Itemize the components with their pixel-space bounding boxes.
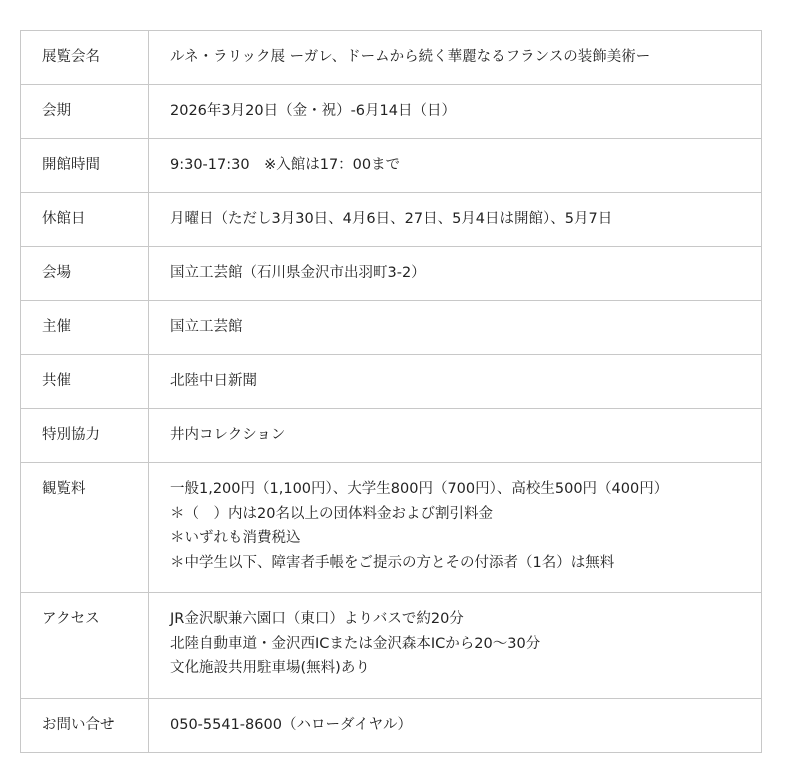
row-value: 国立工芸館: [149, 301, 762, 355]
row-opening-hours: 開館時間 9:30-17:30 ※入館は17：00まで: [21, 139, 762, 193]
row-period: 会期 2026年3月20日（金・祝）-6月14日（日）: [21, 85, 762, 139]
row-value: 北陸中日新聞: [149, 355, 762, 409]
value-line: 9:30-17:30 ※入館は17：00まで: [170, 153, 761, 178]
value-line: ＊（ ）内は20名以上の団体料金および割引料金: [170, 502, 761, 527]
row-value: 9:30-17:30 ※入館は17：00まで: [149, 139, 762, 193]
value-line: 井内コレクション: [170, 423, 761, 448]
value-line: 一般1,200円（1,100円）、大学生800円（700円）、高校生500円（4…: [170, 477, 761, 502]
row-exhibition-title: 展覧会名 ルネ・ラリック展 ーガレ、ドームから続く華麗なるフランスの装飾美術ー: [21, 31, 762, 85]
row-label: 開館時間: [21, 139, 149, 193]
value-line: ＊いずれも消費税込: [170, 526, 761, 551]
row-admission: 観覧料 一般1,200円（1,100円）、大学生800円（700円）、高校生50…: [21, 463, 762, 593]
row-access: アクセス JR金沢駅兼六園口（東口）よりバスで約20分 北陸自動車道・金沢西IC…: [21, 593, 762, 699]
value-line: 国立工芸館（石川県金沢市出羽町3-2）: [170, 261, 761, 286]
value-line: JR金沢駅兼六園口（東口）よりバスで約20分: [170, 607, 761, 632]
row-label: 共催: [21, 355, 149, 409]
row-label: 観覧料: [21, 463, 149, 593]
row-contact: お問い合せ 050-5541-8600（ハローダイヤル）: [21, 698, 762, 752]
row-value: 2026年3月20日（金・祝）-6月14日（日）: [149, 85, 762, 139]
value-line: 国立工芸館: [170, 315, 761, 340]
value-line: 文化施設共用駐車場(無料)あり: [170, 656, 761, 681]
row-value: 050-5541-8600（ハローダイヤル）: [149, 698, 762, 752]
value-line: 北陸自動車道・金沢西ICまたは金沢森本ICから20～30分: [170, 632, 761, 657]
value-line: 050-5541-8600（ハローダイヤル）: [170, 713, 761, 738]
row-value: ルネ・ラリック展 ーガレ、ドームから続く華麗なるフランスの装飾美術ー: [149, 31, 762, 85]
row-closed-days: 休館日 月曜日（ただし3月30日、4月6日、27日、5月4日は開館）、5月7日: [21, 193, 762, 247]
value-line: 2026年3月20日（金・祝）-6月14日（日）: [170, 99, 761, 124]
row-label: アクセス: [21, 593, 149, 699]
value-line: 北陸中日新聞: [170, 369, 761, 394]
row-value: 一般1,200円（1,100円）、大学生800円（700円）、高校生500円（4…: [149, 463, 762, 593]
row-value: 国立工芸館（石川県金沢市出羽町3-2）: [149, 247, 762, 301]
row-value: JR金沢駅兼六園口（東口）よりバスで約20分 北陸自動車道・金沢西ICまたは金沢…: [149, 593, 762, 699]
row-label: 主催: [21, 301, 149, 355]
row-venue: 会場 国立工芸館（石川県金沢市出羽町3-2）: [21, 247, 762, 301]
row-special-cooperation: 特別協力 井内コレクション: [21, 409, 762, 463]
row-organizer: 主催 国立工芸館: [21, 301, 762, 355]
row-co-organizer: 共催 北陸中日新聞: [21, 355, 762, 409]
row-label: お問い合せ: [21, 698, 149, 752]
row-label: 展覧会名: [21, 31, 149, 85]
row-value: 月曜日（ただし3月30日、4月6日、27日、5月4日は開館）、5月7日: [149, 193, 762, 247]
row-label: 会期: [21, 85, 149, 139]
row-value: 井内コレクション: [149, 409, 762, 463]
row-label: 休館日: [21, 193, 149, 247]
value-line: 月曜日（ただし3月30日、4月6日、27日、5月4日は開館）、5月7日: [170, 207, 761, 232]
exhibition-info-table: 展覧会名 ルネ・ラリック展 ーガレ、ドームから続く華麗なるフランスの装飾美術ー …: [20, 30, 762, 753]
value-line: ルネ・ラリック展 ーガレ、ドームから続く華麗なるフランスの装飾美術ー: [170, 45, 761, 70]
row-label: 会場: [21, 247, 149, 301]
value-line: ＊中学生以下、障害者手帳をご提示の方とその付添者（1名）は無料: [170, 551, 761, 576]
row-label: 特別協力: [21, 409, 149, 463]
